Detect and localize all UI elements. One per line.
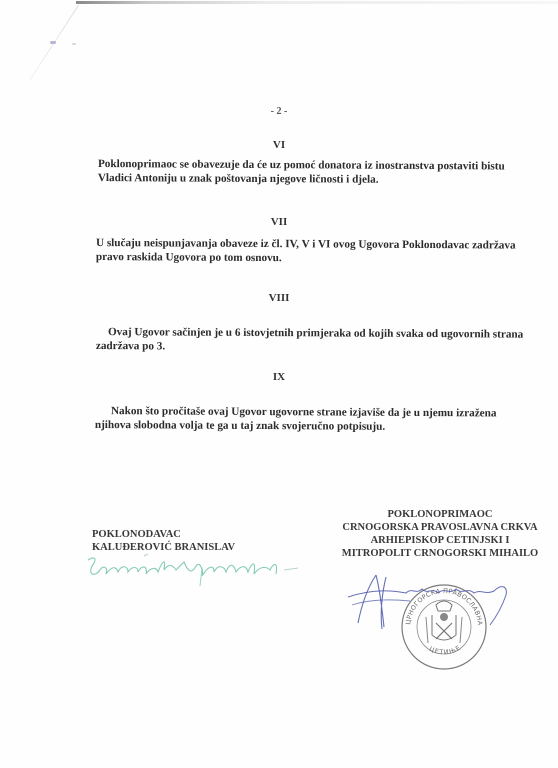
recipient-org-line-2: ARHIEPISKOP CETINJSKI I: [325, 534, 555, 547]
paragraph-line: Vladici Antoniju u znak poštovanja njego…: [98, 171, 470, 187]
document-page: - 2 - VI Poklonoprimaoc se obavezuje da …: [0, 0, 558, 768]
recipient-org-line-3: MITROPOLIT CRNOGORSKI MIHAILO: [325, 547, 555, 560]
scan-edge: [76, 1, 558, 4]
article-heading-vii: VII: [0, 216, 558, 228]
article-vii-text: U slučaju neispunjavanja obaveze iz čl. …: [96, 236, 472, 266]
ink-speck: [72, 43, 76, 45]
donor-signature-block: POKLONODAVAC KALUĐEROVIĆ BRANISLAV: [92, 528, 235, 554]
recipient-signature-block: POKLONOPRIMAOC CRNOGORSKA PRAVOSLAVNA CR…: [325, 508, 555, 560]
page-number: - 2 -: [0, 106, 558, 117]
stamp-bottom-text: ЦЕТИЊЕ: [428, 644, 463, 657]
ink-speck: [50, 41, 56, 44]
paragraph-line: pravo raskida Ugovora po tom osnovu.: [96, 250, 472, 266]
recipient-role: POKLONOPRIMAOC: [325, 508, 555, 521]
paragraph-line: njihova slobodna volja te ga u taj znak …: [95, 418, 471, 434]
article-heading-ix: IX: [0, 371, 558, 383]
svg-text:ЦЕТИЊЕ: ЦЕТИЊЕ: [428, 644, 463, 657]
recipient-handwritten-signature: [346, 573, 516, 633]
article-heading-vi: VI: [0, 139, 558, 151]
donor-handwritten-signature: [84, 552, 304, 588]
article-heading-viii: VIII: [0, 292, 558, 304]
paragraph-line: zadržava po 3.: [96, 339, 472, 355]
article-vi-text: Poklonoprimaoc se obavezuje da će uz pom…: [98, 157, 470, 187]
donor-role: POKLONODAVAC: [92, 528, 235, 541]
recipient-org-line-1: CRNOGORSKA PRAVOSLAVNA CRKVA: [325, 521, 555, 534]
article-viii-text: Ovaj Ugovor sačinjen je u 6 istovjetnih …: [96, 325, 472, 355]
article-ix-text: Nakon što pročitaše ovaj Ugovor ugovorne…: [95, 404, 471, 434]
